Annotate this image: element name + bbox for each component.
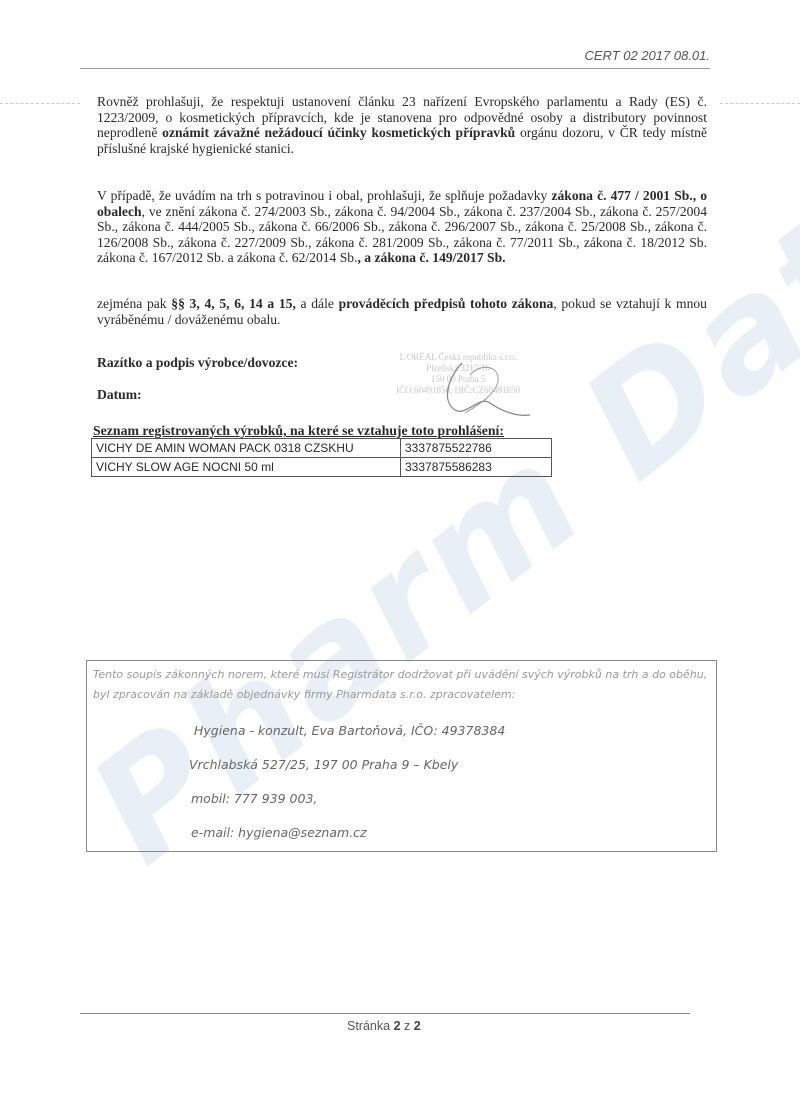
product-table: VICHY DE AMIN WOMAN PACK 0318 CZSKHU 333…	[91, 438, 552, 477]
paragraph-text: zejména pak	[97, 296, 171, 311]
product-code: 3337875522786	[401, 439, 552, 458]
paragraph-sections: zejména pak §§ 3, 4, 5, 6, 14 a 15, a dá…	[97, 296, 707, 327]
page-label: Stránka	[347, 1019, 394, 1033]
product-code: 3337875586283	[401, 458, 552, 477]
processor-company: Hygiena - konzult, Eva Bartoňová, IČO: 4…	[194, 723, 505, 738]
date-label: Datum:	[97, 387, 142, 403]
handwritten-signature	[420, 355, 560, 425]
scan-artifact-right	[720, 103, 800, 104]
processor-address: Vrchlabská 527/25, 197 00 Praha 9 – Kbel…	[189, 757, 458, 772]
processor-email: e-mail: hygiena@seznam.cz	[191, 825, 367, 840]
paragraph-bold: §§ 3, 4, 5, 6, 14 a 15,	[171, 296, 296, 311]
processor-intro: Tento soupis zákonných norem, které musí…	[93, 665, 708, 705]
processor-mobile: mobil: 777 939 003,	[191, 791, 317, 806]
scan-artifact-left	[0, 103, 80, 104]
paragraph-cosmetics-regulation: Rovněž prohlašuji, že respektuji ustanov…	[97, 94, 707, 156]
current-page: 2	[394, 1019, 401, 1033]
paragraph-text: a dále	[296, 296, 339, 311]
total-pages: 2	[414, 1019, 421, 1033]
processor-info-box: Tento soupis zákonných norem, které musí…	[86, 660, 717, 852]
page-number: Stránka 2 z 2	[347, 1019, 421, 1033]
product-list-title: Seznam registrovaných výrobků, na které …	[93, 423, 504, 439]
paragraph-packaging-law: V případě, že uvádím na trh s potravinou…	[97, 188, 707, 266]
paragraph-bold: oznámit závažné nežádoucí účinky kosmeti…	[162, 125, 515, 140]
header-divider	[80, 68, 710, 69]
table-row: VICHY DE AMIN WOMAN PACK 0318 CZSKHU 333…	[92, 439, 552, 458]
paragraph-bold: prováděcích předpisů tohoto zákona	[339, 296, 554, 311]
paragraph-bold: , a zákona č. 149/2017 Sb.	[358, 250, 506, 265]
footer-divider	[80, 1013, 690, 1014]
product-name: VICHY SLOW AGE NOCNI 50 ml	[92, 458, 401, 477]
stamp-signature-label: Razítko a podpis výrobce/dovozce:	[97, 355, 298, 371]
page-separator: z	[401, 1019, 414, 1033]
document-code: CERT 02 2017 08.01.	[80, 48, 710, 63]
product-name: VICHY DE AMIN WOMAN PACK 0318 CZSKHU	[92, 439, 401, 458]
paragraph-text: V případě, že uvádím na trh s potravinou…	[97, 188, 551, 203]
table-row: VICHY SLOW AGE NOCNI 50 ml 3337875586283	[92, 458, 552, 477]
